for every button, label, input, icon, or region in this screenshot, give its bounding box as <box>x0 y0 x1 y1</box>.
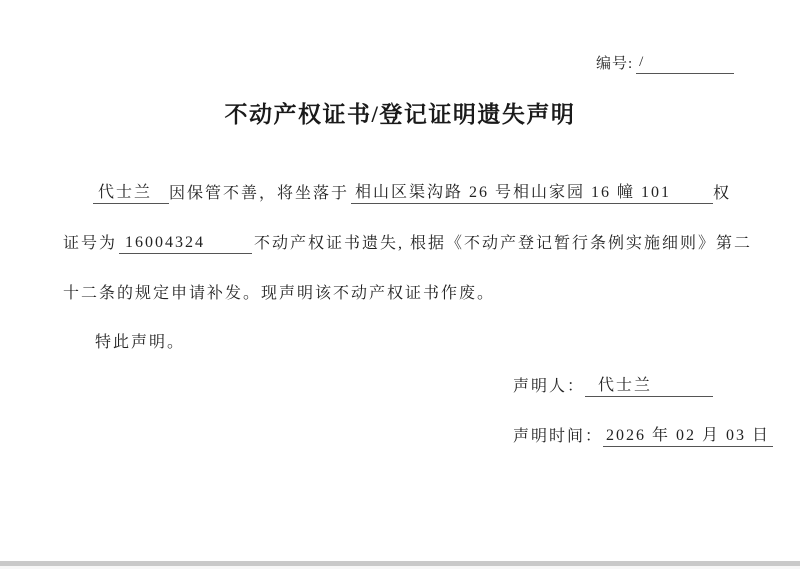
body-line-2: 证号为16004324不动产权证书遗失, 根据《不动产登记暂行条例实施细则》第二 <box>63 232 752 254</box>
declaration-date-line: 声明时间：2026 年 02 月 03 日 <box>513 425 773 447</box>
body-line-1: 代士兰因保管不善，将坐落于相山区渠沟路 26 号相山家园 16 幢 101权 <box>63 182 731 204</box>
closing-text: 特此声明。 <box>95 334 185 351</box>
declarant-name-field: 代士兰 <box>93 182 169 204</box>
declarant-label: 声明人： <box>513 378 585 395</box>
body-closing-line: 特此声明。 <box>95 332 185 353</box>
body-text-after-address: 权 <box>713 185 731 202</box>
signature-line: 声明人：代士兰 <box>513 375 713 397</box>
body-text-line-3: 十二条的规定申请补发。现声明该不动产权证书作废。 <box>63 285 495 302</box>
body-line-3: 十二条的规定申请补发。现声明该不动产权证书作废。 <box>63 283 495 304</box>
body-text-after-certificate: 不动产权证书遗失, 根据《不动产登记暂行条例实施细则》第二 <box>254 235 752 252</box>
document-number-field: / <box>636 52 734 74</box>
certificate-number-prefix: 证号为 <box>63 235 117 252</box>
certificate-number-field: 16004324 <box>119 232 252 254</box>
property-address-field: 相山区渠沟路 26 号相山家园 16 幢 101 <box>351 182 713 204</box>
declaration-date-field: 2026 年 02 月 03 日 <box>603 425 773 447</box>
date-label: 声明时间： <box>513 428 603 445</box>
body-text-after-name: 因保管不善，将坐落于 <box>169 185 349 202</box>
declarant-signature-field: 代士兰 <box>585 375 713 397</box>
loss-declaration-document: 编号:/ 不动产权证书/登记证明遗失声明 代士兰因保管不善，将坐落于相山区渠沟路… <box>0 0 800 569</box>
document-title: 不动产权证书/登记证明遗失声明 <box>0 96 800 129</box>
document-number-label: 编号: <box>596 56 633 72</box>
document-number-line: 编号:/ <box>596 52 734 74</box>
